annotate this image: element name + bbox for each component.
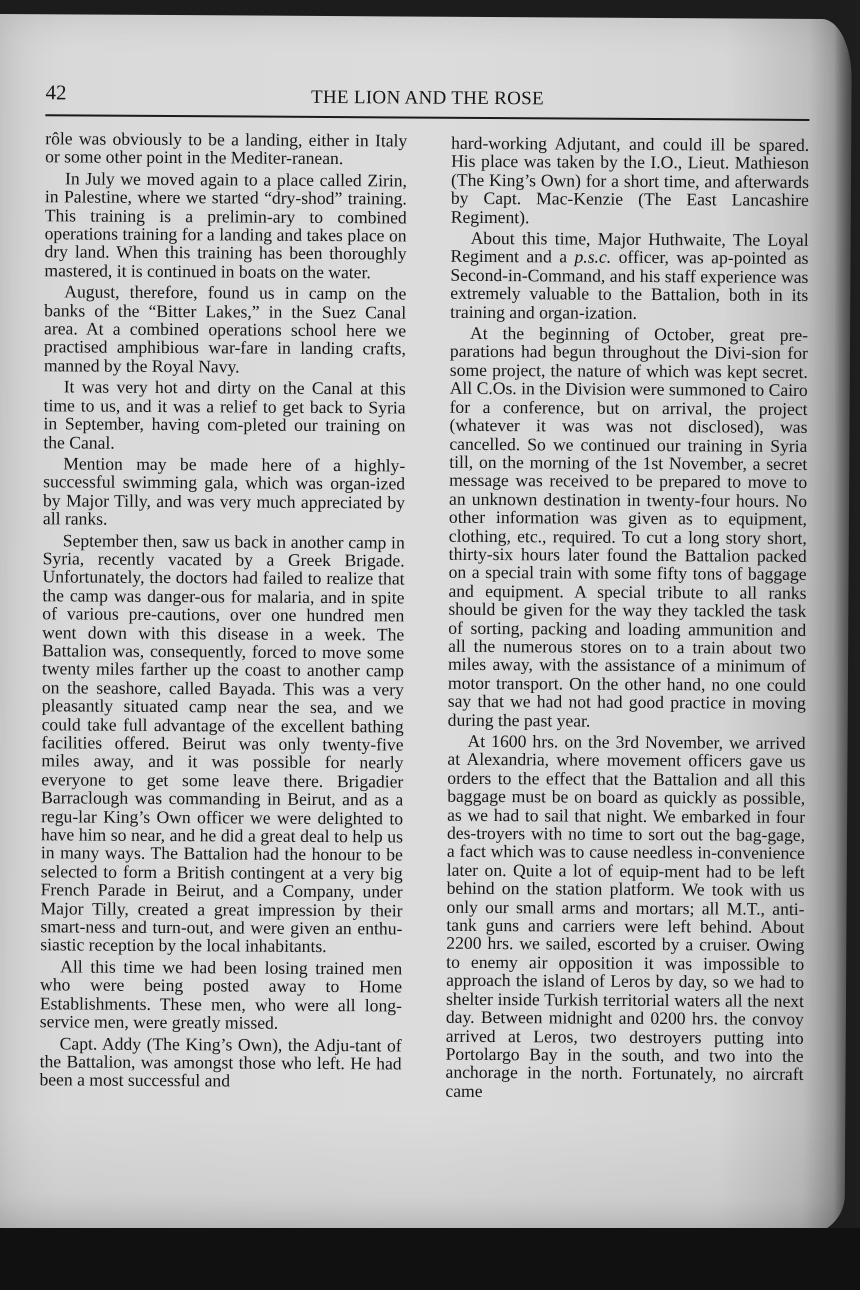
italic-abbreviation: p.s.c.: [574, 247, 611, 267]
right-column: hard-working Adjutant, and could ill be …: [445, 134, 809, 1105]
book-photo: 42 THE LION AND THE ROSE rôle was obviou…: [0, 0, 860, 1290]
page-curl-shadow: [834, 0, 860, 1290]
paragraph: hard-working Adjutant, and could ill be …: [451, 134, 810, 228]
paragraph: About this time, Major Huthwaite, The Lo…: [450, 229, 809, 323]
paragraph: At the beginning of October, great pre-p…: [448, 324, 808, 731]
left-column: rôle was obviously to be a landing, eith…: [39, 129, 407, 1094]
running-title: THE LION AND THE ROSE: [45, 85, 809, 112]
page-header: 42 THE LION AND THE ROSE: [45, 74, 809, 121]
paragraph: It was very hot and dirty on the Canal a…: [43, 378, 405, 454]
paragraph: rôle was obviously to be a landing, eith…: [45, 129, 407, 168]
paragraph: In July we moved again to a place called…: [44, 169, 407, 282]
dark-background: [0, 1228, 860, 1290]
book-page: 42 THE LION AND THE ROSE rôle was obviou…: [0, 14, 852, 1235]
paragraph: Mention may be made here of a highly-suc…: [43, 454, 405, 530]
paragraph: At 1600 hrs. on the 3rd November, we arr…: [445, 732, 805, 1102]
paragraph: Capt. Addy (The King’s Own), the Adju-ta…: [39, 1034, 401, 1091]
paragraph: September then, saw us back in another c…: [40, 531, 405, 957]
paragraph: August, therefore, found us in camp on t…: [44, 283, 407, 377]
paragraph: All this time we had been losing trained…: [40, 957, 402, 1033]
